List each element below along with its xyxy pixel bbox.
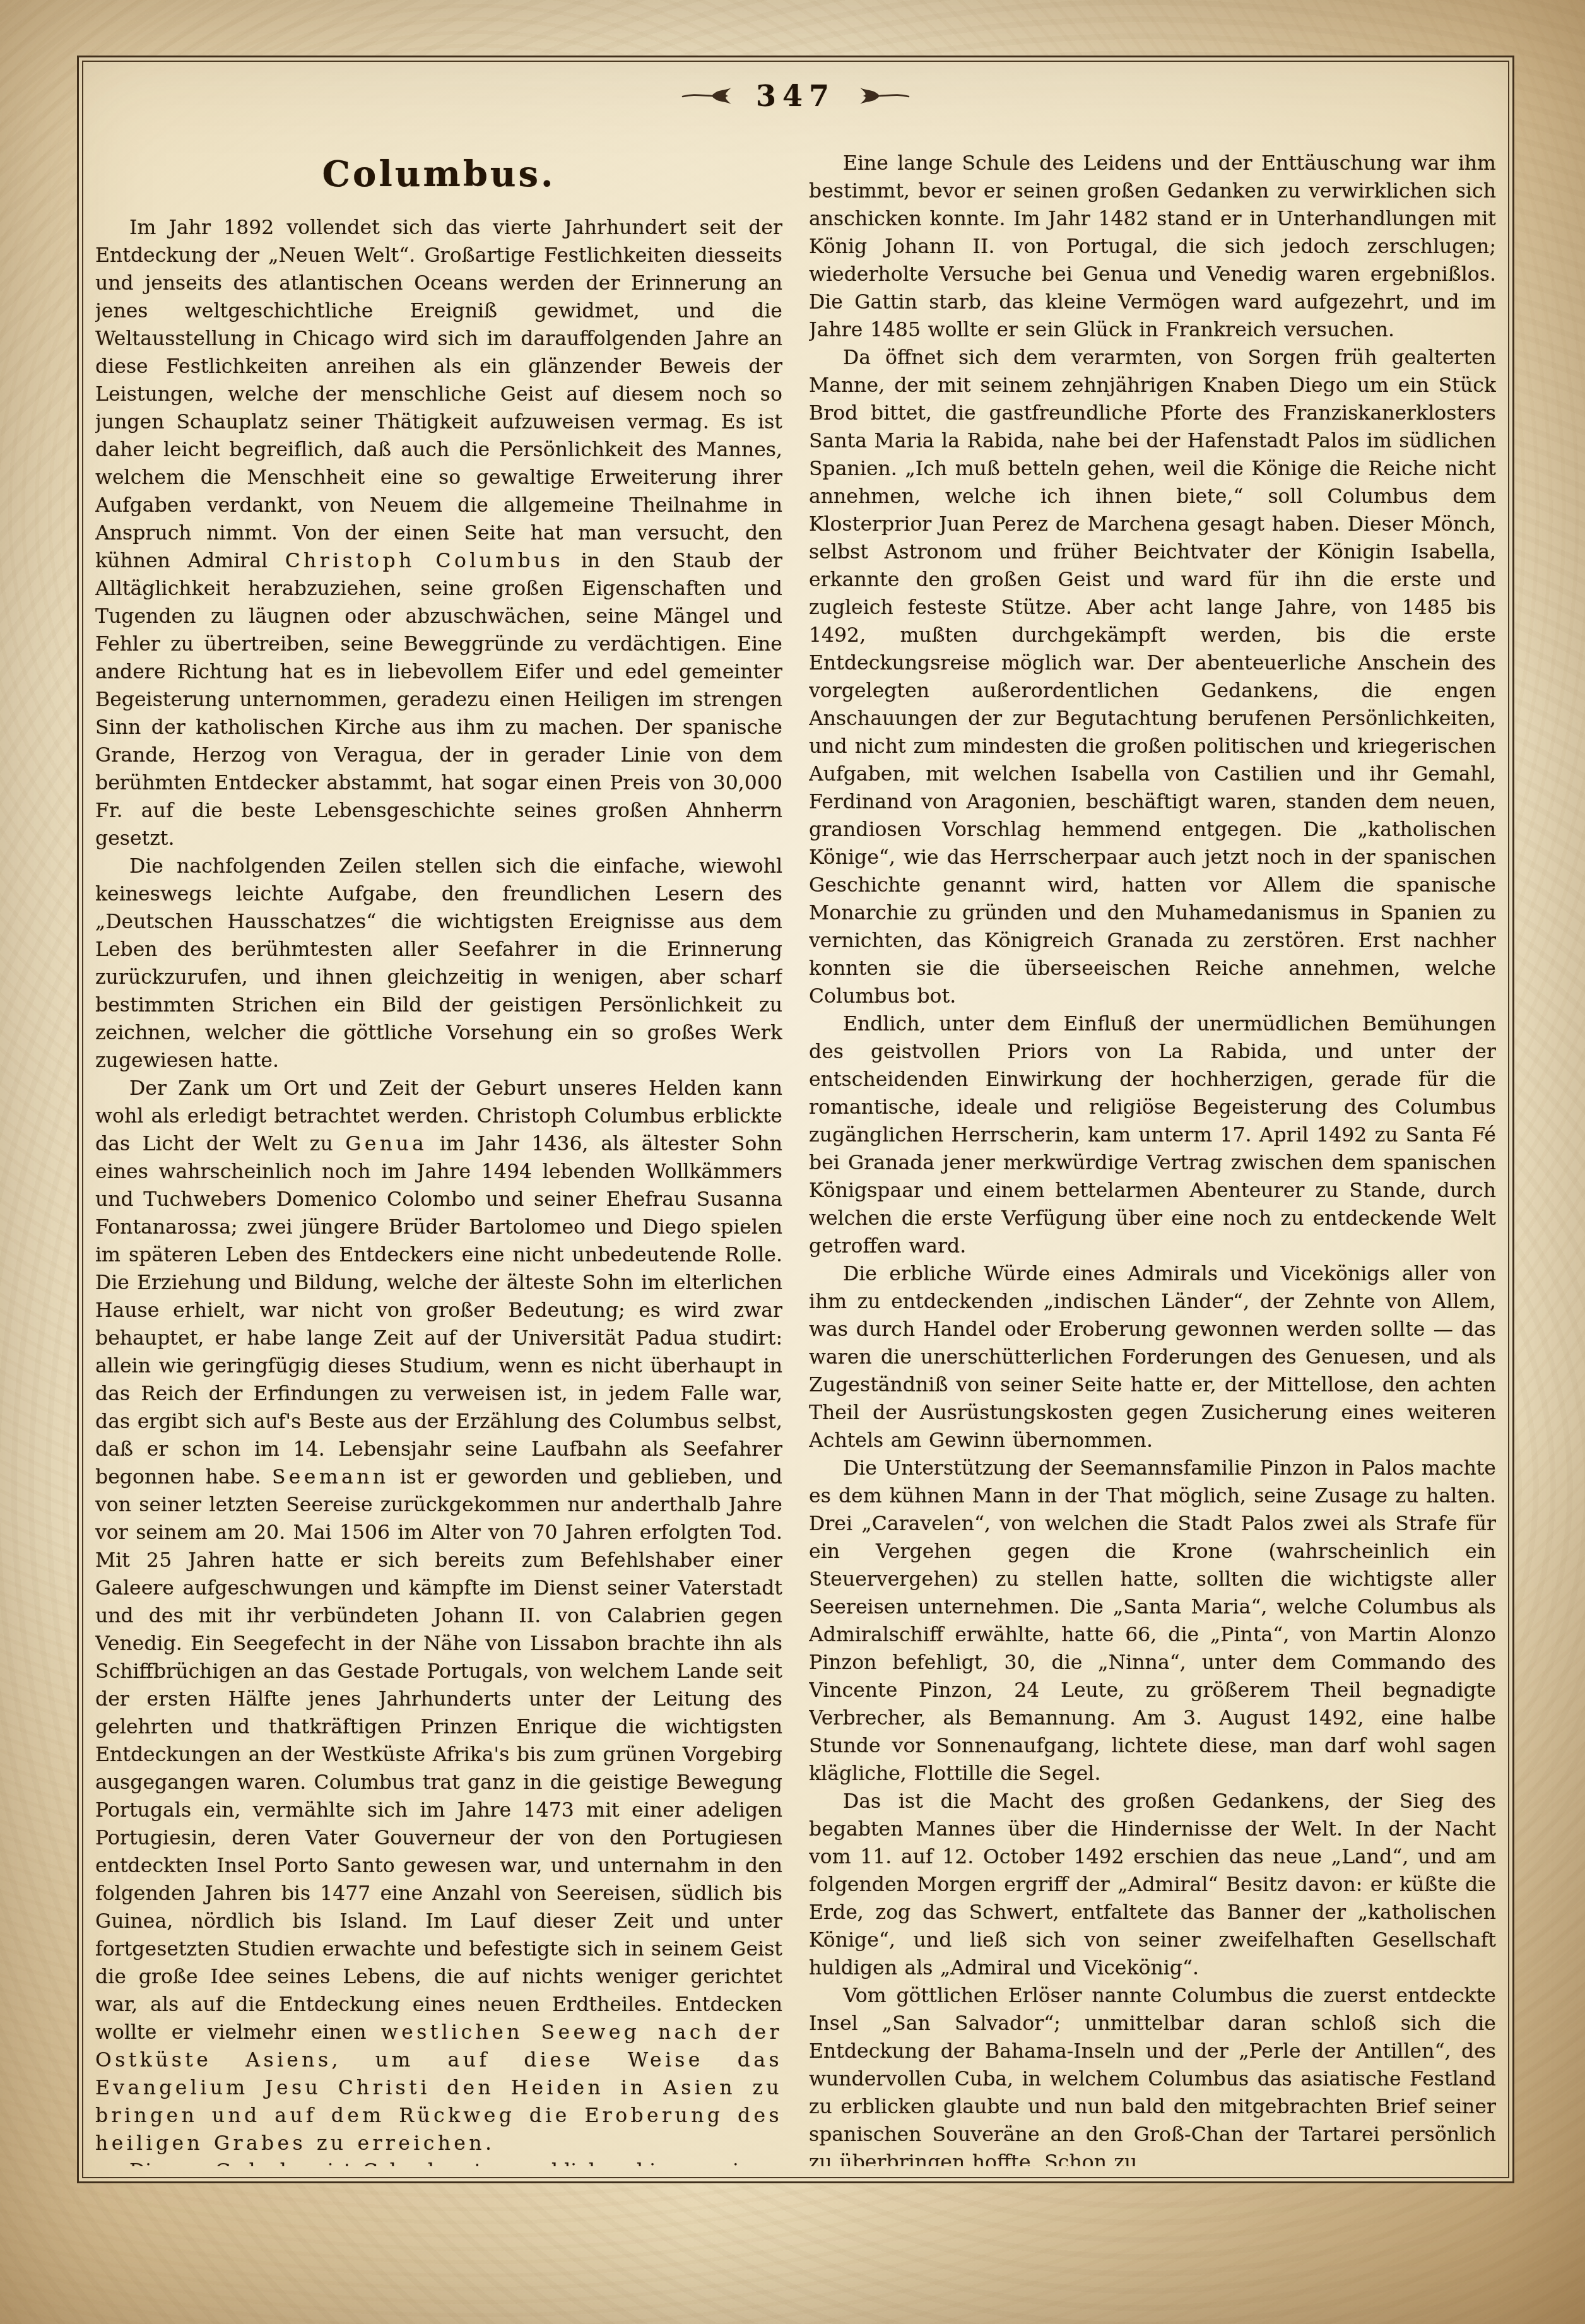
body-text: Die erbliche Würde eines Admirals und Vi… — [809, 1263, 1496, 1452]
paragraph: Endlich, unter dem Einfluß der unermüdli… — [809, 1010, 1496, 1260]
paragraph: Die nachfolgenden Zeilen stellen sich di… — [95, 852, 782, 1075]
paragraph: Im Jahr 1892 vollendet sich das vierte J… — [95, 214, 782, 852]
body-text: Eine lange Schule des Leidens und der En… — [809, 152, 1496, 341]
paragraph: Diesem Gedanken ist Columbus treu geblie… — [95, 2157, 782, 2166]
body-text: Endlich, unter dem Einfluß der unermüdli… — [809, 1013, 1496, 1258]
paragraph: Vom göttlichen Erlöser nannte Columbus d… — [809, 1982, 1496, 2166]
paragraph: Die erbliche Würde eines Admirals und Vi… — [809, 1260, 1496, 1454]
paragraph: Die Unterstützung der Seemannsfamilie Pi… — [809, 1454, 1496, 1788]
body-text: Das ist die Macht des großen Gedankens, … — [809, 1790, 1496, 1979]
right-column: Eine lange Schule des Leidens und der En… — [809, 150, 1496, 2166]
body-text: Die nachfolgenden Zeilen stellen sich di… — [95, 855, 782, 1072]
article-title: Columbus. — [95, 153, 782, 195]
paragraph: Eine lange Schule des Leidens und der En… — [809, 150, 1496, 344]
body-text: Im Jahr 1892 vollendet sich das vierte J… — [95, 216, 782, 572]
fleuron-right-icon — [857, 85, 910, 107]
page-border-frame: 347 Columbus. Im Jahr 1892 vollendet sic… — [77, 56, 1514, 2183]
paragraph: Das ist die Macht des großen Gedankens, … — [809, 1788, 1496, 1982]
paragraph: Da öffnet sich dem verarmten, von Sorgen… — [809, 344, 1496, 1010]
body-text: in den Staub der Alltäglichkeit herabzuz… — [95, 550, 782, 850]
article-body: Columbus. Im Jahr 1892 vollendet sich da… — [95, 150, 1496, 2166]
fleuron-left-icon — [681, 85, 734, 107]
body-text: Diesem Gedanken ist Columbus treu geblie… — [95, 2160, 782, 2166]
emphasized-text: Seemann — [272, 1466, 389, 1489]
body-text: Die Unterstützung der Seemannsfamilie Pi… — [809, 1457, 1496, 1785]
paragraph: Der Zank um Ort und Zeit der Geburt unse… — [95, 1075, 782, 2157]
emphasized-text: Christoph Columbus — [285, 550, 564, 572]
body-text: ist er geworden und geblieben, und von s… — [95, 1466, 782, 2044]
emphasized-text: Genua — [345, 1133, 427, 1155]
left-column: Columbus. Im Jahr 1892 vollendet sich da… — [95, 150, 782, 2166]
page-header: 347 — [79, 79, 1512, 113]
body-text: Vom göttlichen Erlöser nannte Columbus d… — [809, 1985, 1496, 2166]
body-text: im Jahr 1436, als ältester Sohn eines wa… — [95, 1133, 782, 1489]
body-text: Da öffnet sich dem verarmten, von Sorgen… — [809, 346, 1496, 1008]
scanned-magazine-page: { "header": { "page_number": "347", "orn… — [0, 0, 1585, 2324]
page-number: 347 — [756, 79, 835, 113]
